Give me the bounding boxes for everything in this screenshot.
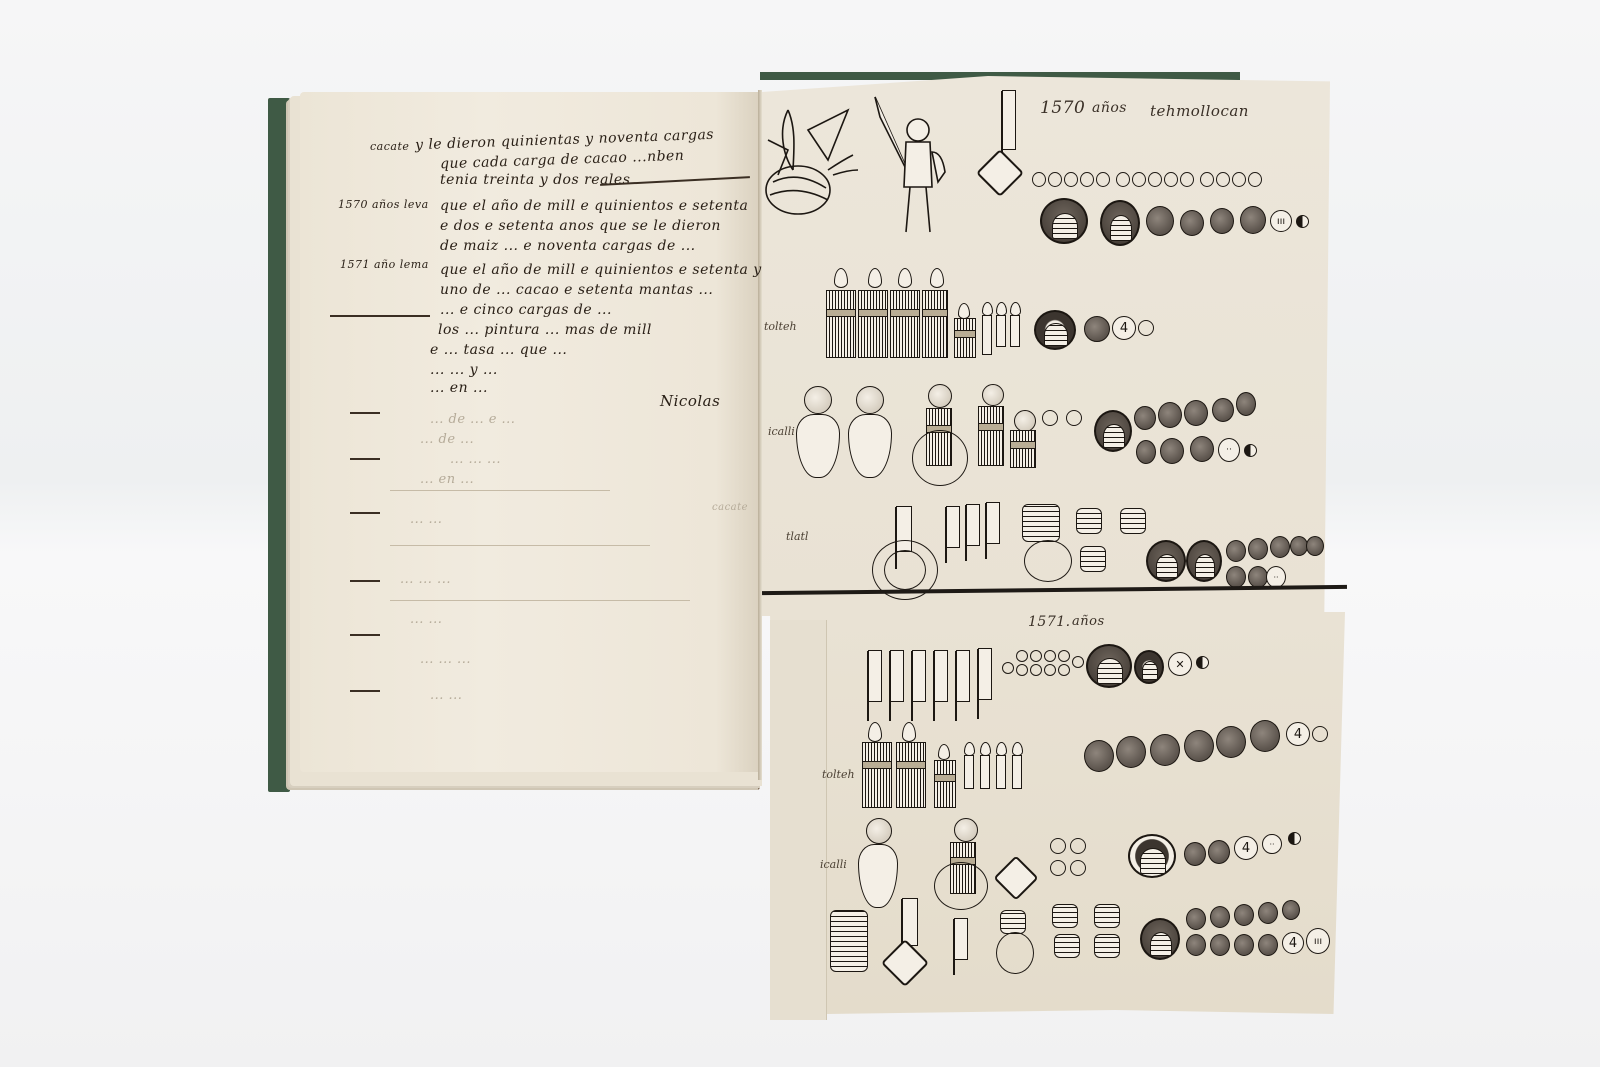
human-figure-icon [870,92,960,242]
margin-dash [350,580,380,582]
bleedthrough-text: ... de ... [420,432,474,447]
bleedthrough-text: ... ... [410,512,442,527]
text-line: los ... pintura ... mas de mill [438,322,652,338]
margin-note: cacate [370,140,409,153]
number-4-glyph: 4 [1286,722,1310,746]
margin-dash [350,458,380,460]
row-label: tolteh [822,768,855,781]
signature: Nicolas [660,392,720,410]
ink-rule [330,315,430,317]
row-label: icalli [820,858,847,871]
margin-dash [350,512,380,514]
maize-bowl-icon [1146,540,1186,582]
year-heading-1571: 1571. [1028,614,1071,630]
banner-icon [1002,90,1016,150]
margin-dash [350,412,380,414]
maize-bowl-icon [1040,198,1088,244]
bleedthrough-text: ... ... ... [420,652,471,667]
maize-bowl-icon [1086,644,1132,688]
maize-bowl-icon [1100,200,1140,246]
maize-bowl-icon [1186,540,1222,582]
years-word: años [1092,100,1127,116]
foldout-flap [770,620,827,1020]
text-line: e dos e setenta anos que se le dieron [440,218,721,234]
text-line: uno de ... cacao e setenta mantas ... [440,282,713,298]
text-line: que el año de mill e quinientos e setent… [440,262,762,278]
bleedthrough-text: ... ... ... [400,572,451,587]
row-label: tolteh [764,320,797,333]
book-spine-edge [268,98,290,792]
years-word: años [1072,614,1105,629]
count-glyph: ııı [1270,210,1292,232]
faint-rule [390,600,690,601]
number-4-glyph: 4 [1282,932,1304,954]
faint-rule [390,545,650,546]
text-line: que el año de mill e quinientos e setent… [440,198,748,214]
bleedthrough-text: ... ... [410,612,442,627]
place-name: tehmollocan [1150,102,1249,120]
faint-rule [390,490,610,491]
text-line: e ... tasa ... que ... [430,342,567,358]
text-line: ... ... y ... [430,362,498,378]
row-label: tlatl [786,530,808,543]
bleedthrough-text: ... de ... e ... [430,412,515,427]
margin-dash [350,690,380,692]
number-4-glyph: 4 [1112,316,1136,340]
margin-note: 1571 año lema [340,258,429,271]
number-4-glyph: 4 [1234,836,1258,860]
count-glyph: ııı [1306,928,1330,954]
row-label: icalli [768,425,795,438]
text-line: ... en ... [430,380,488,396]
cacao-plant-icon [748,100,868,220]
left-page [300,92,762,772]
bleedthrough-text: ... ... [430,688,462,703]
margin-dash [350,634,380,636]
bleedthrough-text: ... en ... [420,472,474,487]
maize-bowl-icon [1094,410,1132,452]
margin-note: 1570 años leva [338,198,429,211]
year-heading-1570: 1570 [1040,98,1085,118]
text-line: ... e cinco cargas de ... [440,302,612,318]
bleedthrough-margin: cacate [712,502,748,513]
bleedthrough-text: ... ... ... [450,452,501,467]
maize-bowl-icon [1140,918,1180,960]
text-line: de maiz ... e noventa cargas de ... [440,238,696,254]
